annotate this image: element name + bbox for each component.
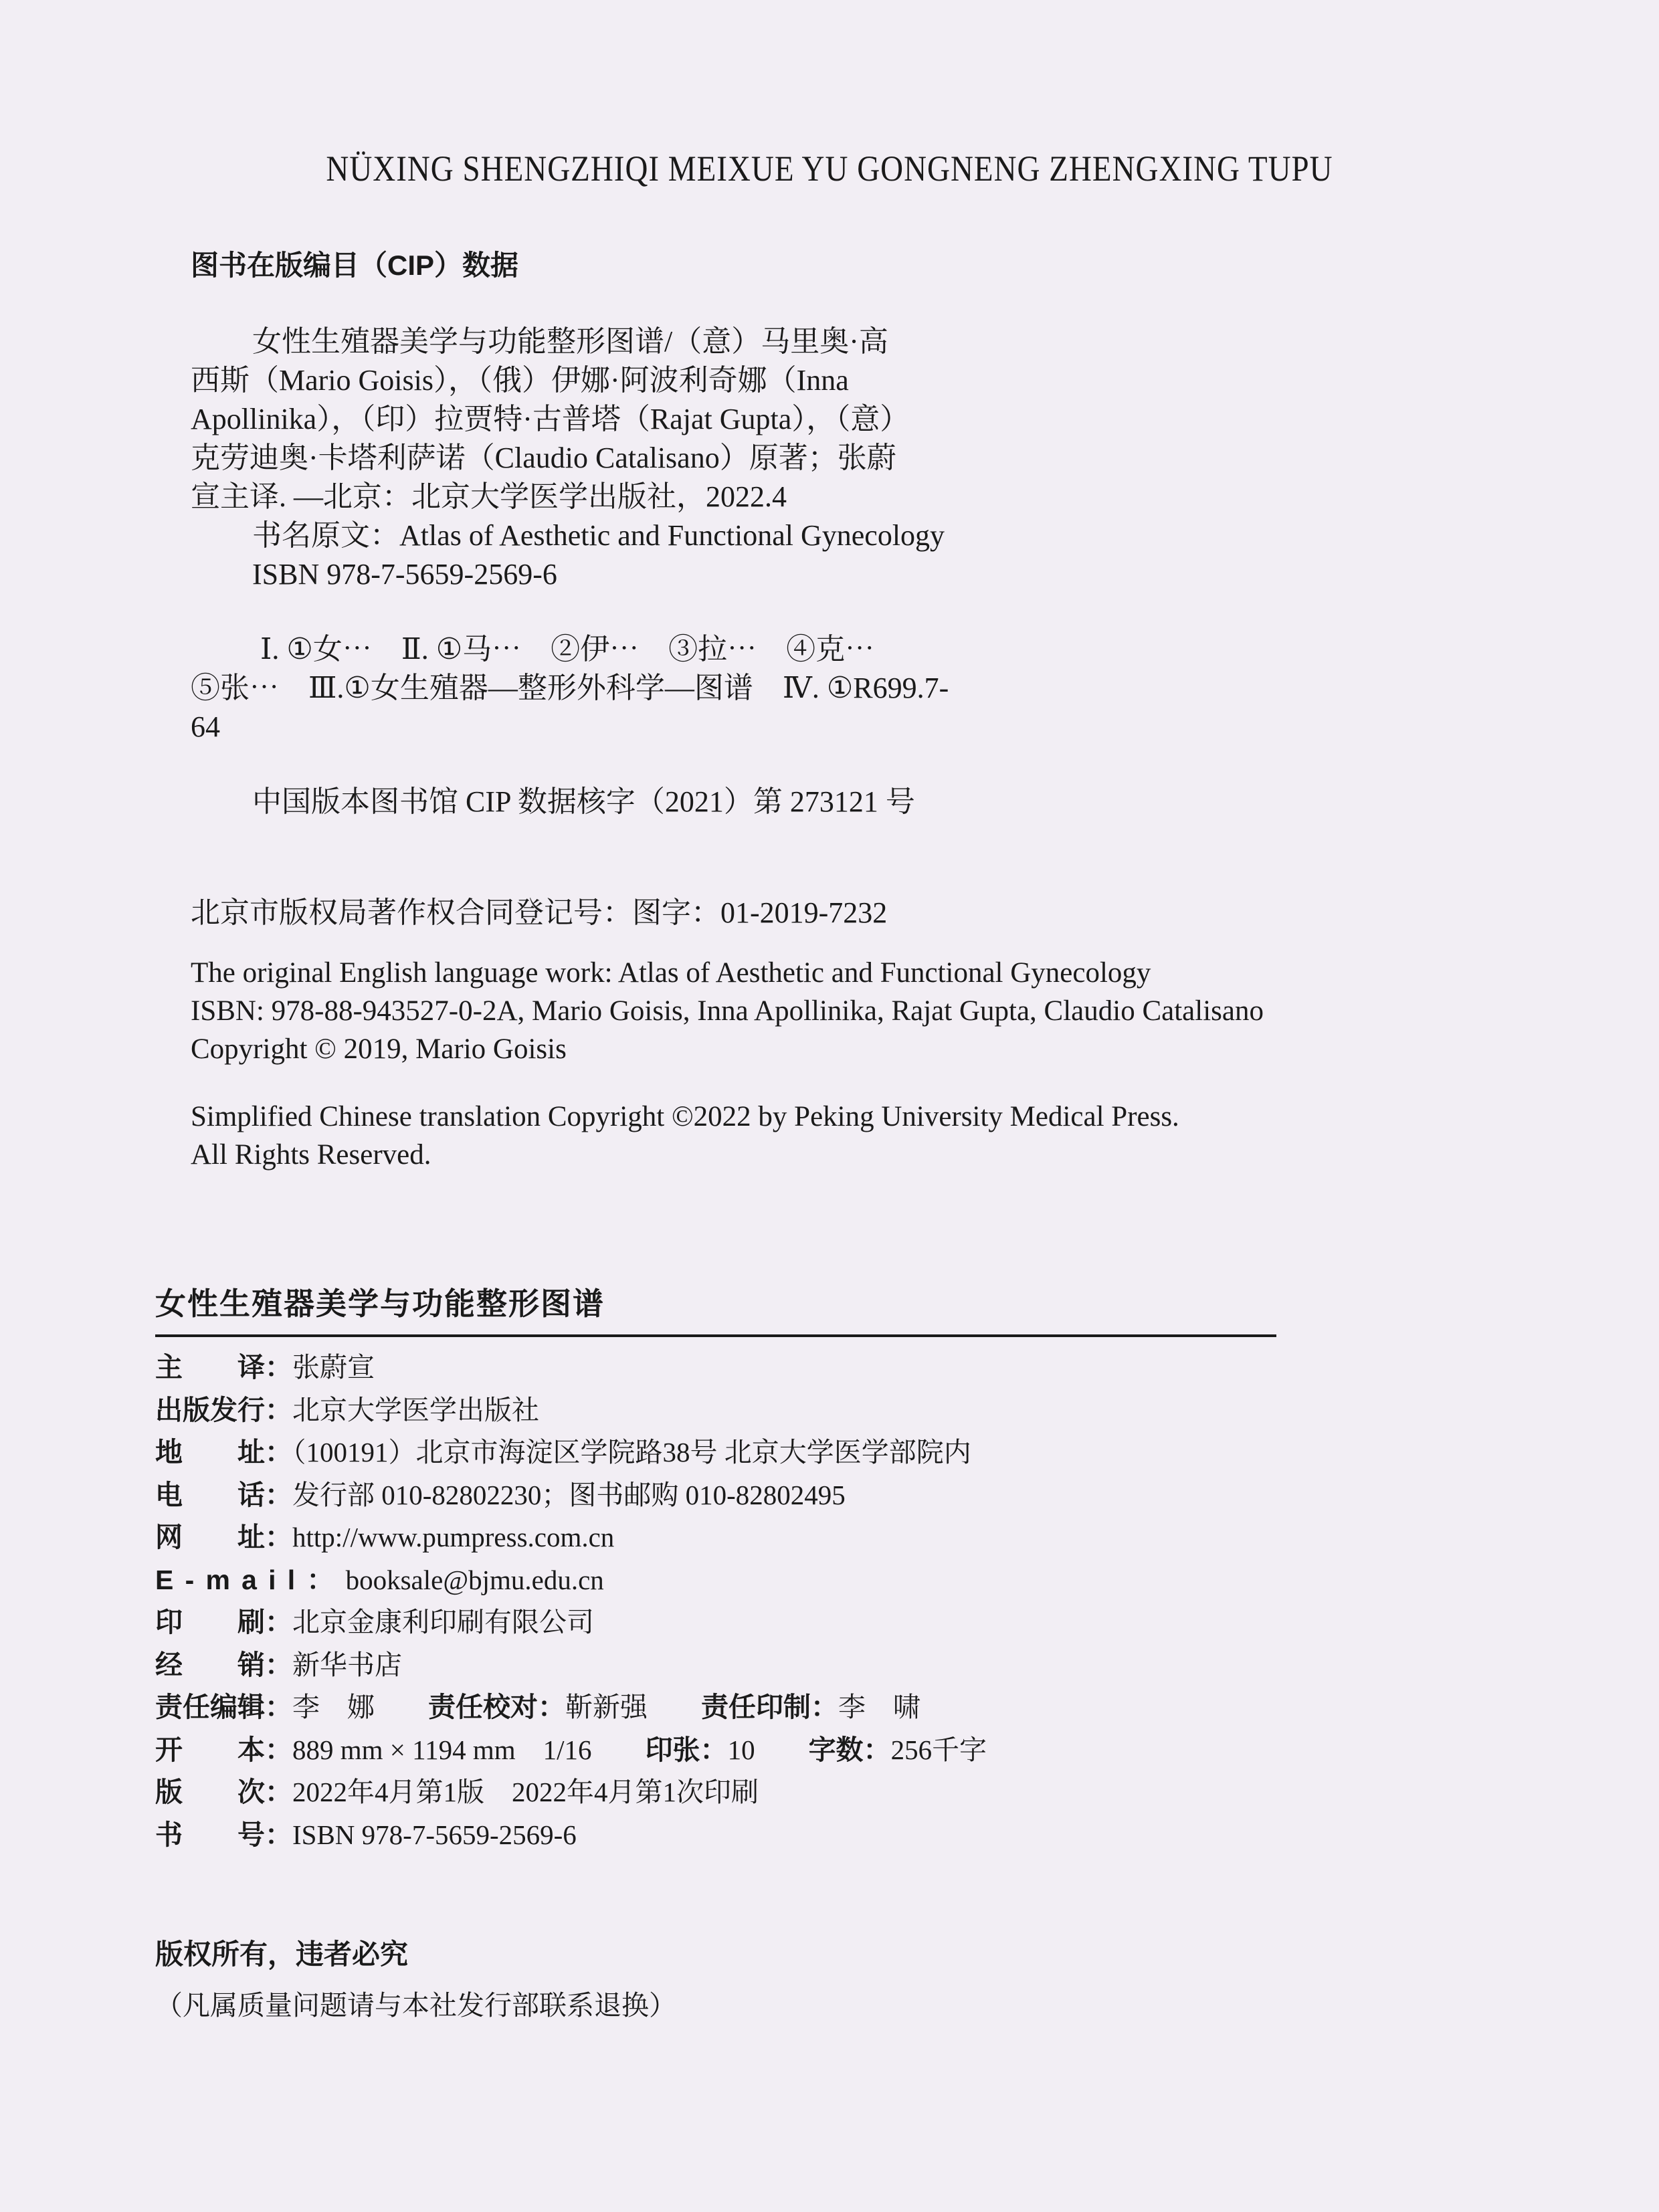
row-value: http://www.pumpress.com.cn bbox=[292, 1522, 614, 1552]
row-website: 网 址：http://www.pumpress.com.cn bbox=[155, 1516, 1276, 1559]
row-label: 责任校对： bbox=[428, 1692, 565, 1722]
row-value: 北京金康利印刷有限公司 bbox=[292, 1607, 594, 1637]
registration-line: 北京市版权局著作权合同登记号：图字：01-2019-7232 bbox=[191, 888, 1659, 931]
row-edition: 版 次：2022年4月第1版 2022年4月第1次印刷 bbox=[155, 1771, 1276, 1814]
row-value: 李 啸 bbox=[838, 1692, 920, 1722]
row-value: 256千字 bbox=[891, 1734, 987, 1765]
row-pair: 字数：256千字 bbox=[809, 1734, 987, 1765]
book-title: 女性生殖器美学与功能整形图谱 bbox=[155, 1280, 1276, 1324]
pinyin-title: NÜXING SHENGZHIQI MEIXUE YU GONGNENG ZHE… bbox=[326, 148, 1333, 190]
row-value: 张蔚宣 bbox=[292, 1352, 375, 1383]
cip-line: 女性生殖器美学与功能整形图谱/（意）马里奥·高 bbox=[191, 322, 1659, 361]
row-label: 印张： bbox=[646, 1734, 728, 1765]
row-value: （100191）北京市海淀区学院路38号 北京大学医学部院内 bbox=[292, 1437, 971, 1468]
header: NÜXING SHENGZHIQI MEIXUE YU GONGNENG ZHE… bbox=[0, 0, 1659, 185]
row-label: 经 销： bbox=[155, 1649, 292, 1680]
row-label: 网 址： bbox=[155, 1522, 292, 1552]
row-label: 书 号： bbox=[155, 1819, 292, 1850]
english-copyright-line: ISBN: 978-88-943527-0-2A, Mario Goisis, … bbox=[191, 992, 1659, 1030]
row-pair: 责任印制：李 啸 bbox=[701, 1692, 920, 1722]
classification-line: ⑤张⋯ Ⅲ.①女生殖器—整形外科学—图谱 Ⅳ. ①R699.7- bbox=[191, 669, 1659, 708]
cip-description: 女性生殖器美学与功能整形图谱/（意）马里奥·高 西斯（Mario Goisis）… bbox=[191, 322, 1659, 594]
row-value: 北京大学医学出版社 bbox=[292, 1395, 539, 1425]
row-label: 版 次： bbox=[155, 1777, 292, 1807]
cip-original-title-line: 书名原文：Atlas of Aesthetic and Functional G… bbox=[191, 516, 1659, 555]
row-value: 靳新强 bbox=[565, 1692, 648, 1722]
classification-line: 64 bbox=[191, 708, 1659, 746]
row-value: 发行部 010-82802230；图书邮购 010-82802495 bbox=[292, 1480, 846, 1510]
row-email: E-mail：booksale@bjmu.edu.cn bbox=[155, 1559, 1276, 1602]
colophon-section: 女性生殖器美学与功能整形图谱 主 译：张蔚宣 出版发行：北京大学医学出版社 地 … bbox=[155, 1280, 1276, 2023]
english-copyright-line: The original English language work: Atla… bbox=[191, 954, 1659, 992]
copyright-notice: 版权所有，违者必究 bbox=[155, 1932, 1276, 1973]
classification-line: Ⅰ. ①女⋯ Ⅱ. ①马⋯ ②伊⋯ ③拉⋯ ④克⋯ bbox=[191, 630, 1659, 669]
row-publisher: 出版发行：北京大学医学出版社 bbox=[155, 1389, 1276, 1432]
cip-line: 克劳迪奥·卡塔利萨诺（Claudio Catalisano）原著；张蔚 bbox=[191, 439, 1659, 478]
row-pair: 印 刷：北京金康利印刷有限公司 bbox=[155, 1607, 594, 1637]
cip-classification: Ⅰ. ①女⋯ Ⅱ. ①马⋯ ②伊⋯ ③拉⋯ ④克⋯ ⑤张⋯ Ⅲ.①女生殖器—整形… bbox=[191, 630, 1659, 746]
row-printer: 印 刷：北京金康利印刷有限公司 bbox=[155, 1601, 1276, 1644]
row-translator: 主 译：张蔚宣 bbox=[155, 1346, 1276, 1389]
row-pair: 印张：10 bbox=[646, 1734, 755, 1765]
cip-heading: 图书在版编目（CIP）数据 bbox=[191, 243, 1659, 284]
row-pair: 地 址：（100191）北京市海淀区学院路38号 北京大学医学部院内 bbox=[155, 1437, 971, 1468]
cip-section: 图书在版编目（CIP）数据 女性生殖器美学与功能整形图谱/（意）马里奥·高 西斯… bbox=[191, 243, 1659, 1174]
row-value: booksale@bjmu.edu.cn bbox=[346, 1565, 604, 1595]
row-pair: 电 话：发行部 010-82802230；图书邮购 010-82802495 bbox=[155, 1480, 846, 1510]
row-label: 出版发行： bbox=[155, 1395, 292, 1425]
row-value: 889 mm × 1194 mm 1/16 bbox=[292, 1734, 592, 1765]
row-value: 新华书店 bbox=[292, 1649, 402, 1680]
row-label: E-mail： bbox=[155, 1565, 346, 1595]
row-pair: 出版发行：北京大学医学出版社 bbox=[155, 1395, 539, 1425]
cip-isbn-line: ISBN 978-7-5659-2569-6 bbox=[191, 555, 1659, 594]
row-pair: 经 销：新华书店 bbox=[155, 1649, 402, 1680]
row-label: 字数： bbox=[809, 1734, 891, 1765]
row-pair: E-mail：booksale@bjmu.edu.cn bbox=[155, 1565, 604, 1595]
row-phone: 电 话：发行部 010-82802230；图书邮购 010-82802495 bbox=[155, 1474, 1276, 1517]
row-pair: 书 号：ISBN 978-7-5659-2569-6 bbox=[155, 1819, 577, 1850]
row-pair: 版 次：2022年4月第1版 2022年4月第1次印刷 bbox=[155, 1777, 759, 1807]
row-format: 开 本：889 mm × 1194 mm 1/16印张：10字数：256千字 bbox=[155, 1729, 1276, 1772]
row-label: 开 本： bbox=[155, 1734, 292, 1765]
row-value: 10 bbox=[728, 1734, 755, 1765]
row-value: 李 娜 bbox=[292, 1692, 375, 1722]
row-pair: 开 本：889 mm × 1194 mm 1/16 bbox=[155, 1734, 592, 1765]
row-pair: 网 址：http://www.pumpress.com.cn bbox=[155, 1522, 614, 1552]
quality-notice: （凡属质量问题请与本社发行部联系退换） bbox=[155, 1983, 1276, 2023]
row-label: 主 译： bbox=[155, 1352, 292, 1383]
row-value: ISBN 978-7-5659-2569-6 bbox=[292, 1819, 577, 1850]
row-editors: 责任编辑：李 娜责任校对：靳新强责任印制：李 啸 bbox=[155, 1686, 1276, 1729]
cip-line: 西斯（Mario Goisis），（俄）伊娜·阿波利奇娜（Inna bbox=[191, 361, 1659, 400]
chinese-copyright-line: All Rights Reserved. bbox=[191, 1136, 1659, 1174]
row-pair: 主 译：张蔚宣 bbox=[155, 1352, 375, 1383]
chinese-copyright-line: Simplified Chinese translation Copyright… bbox=[191, 1098, 1659, 1136]
row-label: 印 刷： bbox=[155, 1607, 292, 1637]
cip-line: Apollinika），（印）拉贾特·古普塔（Rajat Gupta），（意） bbox=[191, 400, 1659, 439]
chinese-copyright: Simplified Chinese translation Copyright… bbox=[191, 1098, 1659, 1174]
row-label: 责任编辑： bbox=[155, 1692, 292, 1722]
cip-record-line: 中国版本图书馆 CIP 数据核字（2021）第 273121 号 bbox=[191, 777, 1659, 820]
row-address: 地 址：（100191）北京市海淀区学院路38号 北京大学医学部院内 bbox=[155, 1431, 1276, 1474]
row-label: 电 话： bbox=[155, 1480, 292, 1510]
row-label: 地 址： bbox=[155, 1437, 292, 1468]
row-isbn: 书 号：ISBN 978-7-5659-2569-6 bbox=[155, 1814, 1276, 1857]
cip-line: 宣主译. —北京：北京大学医学出版社，2022.4 bbox=[191, 478, 1659, 516]
row-distributor: 经 销：新华书店 bbox=[155, 1644, 1276, 1687]
row-label: 责任印制： bbox=[701, 1692, 838, 1722]
english-copyright: The original English language work: Atla… bbox=[191, 954, 1659, 1068]
row-pair: 责任校对：靳新强 bbox=[428, 1692, 648, 1722]
english-copyright-line: Copyright © 2019, Mario Goisis bbox=[191, 1030, 1659, 1068]
copyright-page: NÜXING SHENGZHIQI MEIXUE YU GONGNENG ZHE… bbox=[0, 0, 1659, 2212]
row-pair: 责任编辑：李 娜 bbox=[155, 1692, 375, 1722]
title-rule bbox=[155, 1334, 1276, 1337]
row-value: 2022年4月第1版 2022年4月第1次印刷 bbox=[292, 1777, 759, 1807]
